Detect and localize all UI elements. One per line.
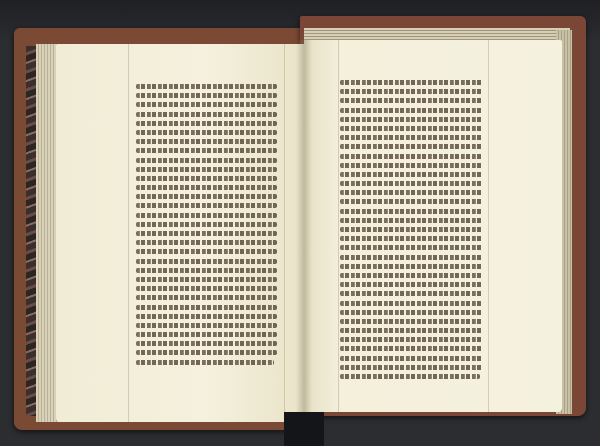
text-line bbox=[136, 314, 277, 319]
text-line bbox=[136, 84, 277, 89]
text-line bbox=[340, 181, 483, 186]
text-line bbox=[136, 176, 277, 181]
text-line bbox=[136, 102, 277, 107]
text-line bbox=[340, 301, 483, 306]
text-line bbox=[340, 346, 483, 351]
text-line bbox=[340, 310, 483, 315]
text-line bbox=[136, 139, 277, 144]
text-line bbox=[340, 144, 483, 149]
text-line bbox=[136, 93, 277, 98]
text-line bbox=[340, 108, 483, 113]
text-line bbox=[340, 328, 483, 333]
text-line bbox=[136, 249, 277, 254]
text-line bbox=[136, 112, 277, 117]
text-line bbox=[340, 209, 483, 214]
text-line bbox=[340, 227, 483, 232]
text-line bbox=[136, 121, 277, 126]
text-line bbox=[136, 295, 277, 300]
text-line bbox=[136, 286, 277, 291]
text-line bbox=[136, 332, 277, 337]
text-line bbox=[340, 126, 483, 131]
text-line bbox=[340, 291, 483, 296]
text-line bbox=[340, 245, 483, 250]
text-line bbox=[136, 148, 277, 153]
text-line bbox=[136, 305, 277, 310]
left-text-block bbox=[136, 84, 286, 369]
text-line bbox=[136, 277, 277, 282]
text-line bbox=[340, 163, 483, 168]
text-line bbox=[136, 222, 277, 227]
text-line bbox=[340, 190, 483, 195]
right-text-block bbox=[340, 80, 492, 383]
text-line bbox=[136, 213, 277, 218]
text-line bbox=[136, 350, 277, 355]
gutter bbox=[296, 40, 312, 424]
text-line bbox=[340, 374, 480, 379]
text-line bbox=[136, 185, 277, 190]
text-line bbox=[340, 117, 483, 122]
text-line bbox=[340, 365, 483, 370]
text-line bbox=[136, 341, 277, 346]
text-line bbox=[136, 130, 277, 135]
text-line bbox=[340, 319, 483, 324]
text-line bbox=[340, 80, 483, 85]
text-line bbox=[136, 268, 277, 273]
text-line bbox=[340, 264, 483, 269]
text-line bbox=[340, 337, 483, 342]
text-line bbox=[340, 135, 483, 140]
text-line bbox=[136, 323, 277, 328]
text-line bbox=[340, 89, 483, 94]
ruling-line bbox=[128, 44, 129, 422]
text-line bbox=[136, 158, 277, 163]
text-line bbox=[340, 255, 483, 260]
text-line bbox=[340, 218, 483, 223]
text-line bbox=[340, 154, 483, 159]
text-line bbox=[136, 360, 274, 365]
text-line bbox=[340, 273, 483, 278]
text-line bbox=[136, 231, 277, 236]
left-page bbox=[56, 44, 304, 422]
ruling-line bbox=[338, 40, 339, 412]
text-line bbox=[340, 199, 483, 204]
text-line bbox=[340, 98, 483, 103]
right-page bbox=[304, 40, 562, 412]
text-line bbox=[136, 259, 277, 264]
text-line bbox=[136, 194, 277, 199]
text-line bbox=[136, 203, 277, 208]
text-line bbox=[340, 236, 483, 241]
text-line bbox=[136, 167, 277, 172]
text-line bbox=[340, 282, 483, 287]
text-line bbox=[340, 356, 483, 361]
text-line bbox=[340, 172, 483, 177]
book-stand bbox=[284, 412, 324, 446]
text-line bbox=[136, 240, 277, 245]
